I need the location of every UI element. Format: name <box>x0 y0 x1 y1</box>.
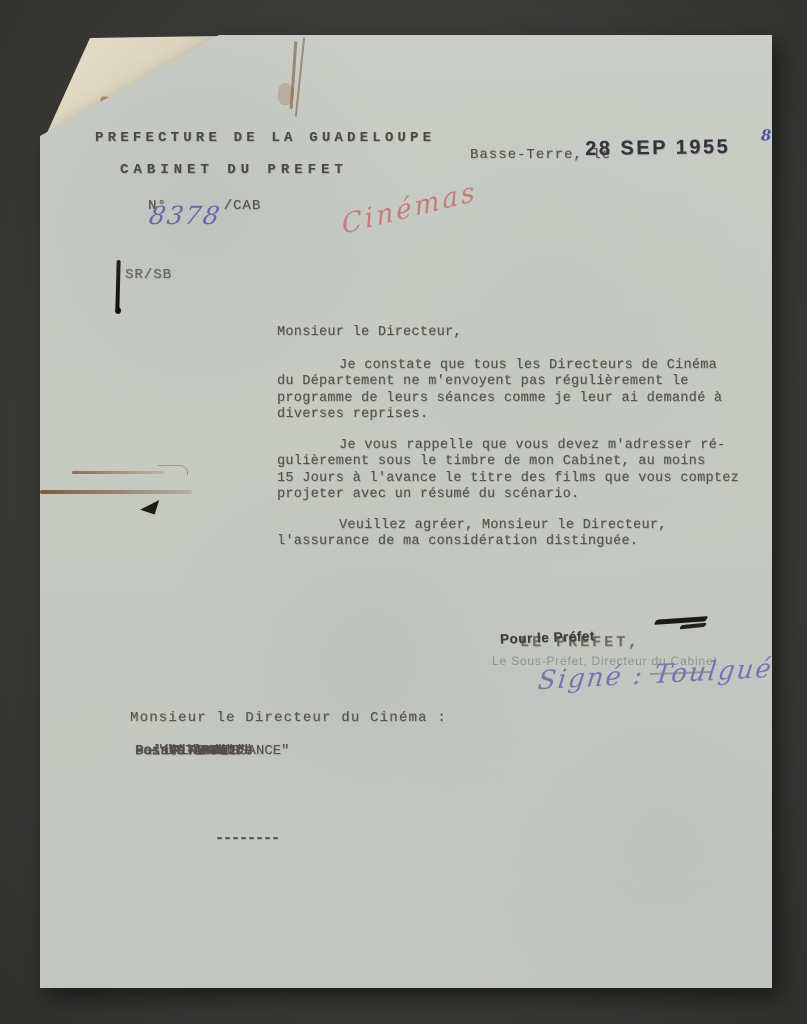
body-line: diverses reprises. <box>277 407 747 424</box>
rust-stain-paperclip <box>158 465 188 475</box>
body-line: projeter avec un résumé du scénario. <box>277 487 747 504</box>
body-line: Je constate que tous les Directeurs de C… <box>277 358 747 375</box>
signature-block: LE PREFET, Pour le Préfet Le Sous-Préfet… <box>480 610 770 730</box>
date-stamp-text: 28 SEP 1955 <box>585 136 730 161</box>
ref-suffix: /CAB <box>224 198 262 214</box>
letter-paper: PREFECTURE DE LA GUADELOUPE CABINET DU P… <box>40 35 772 988</box>
ref-number-handwritten: 8378 <box>147 201 224 230</box>
typist-initials: SR/SB <box>125 267 172 283</box>
reference-number: N°8378/CAB <box>148 198 224 227</box>
body-line: 15 Jours à l'avance le titre des films q… <box>277 471 747 488</box>
rust-stain-top <box>278 83 294 105</box>
body-line: Veuillez agréer, Monsieur le Directeur, <box>277 518 747 535</box>
end-of-letter-dashes: -------- <box>215 830 279 847</box>
body-line: l'assurance de ma considération distingu… <box>277 534 747 551</box>
letterhead-line1: PREFECTURE DE LA GUADELOUPE <box>95 130 435 146</box>
letterhead-line2: CABINET DU PREFET <box>120 162 348 178</box>
ink-blot <box>139 500 160 516</box>
scanned-letter-scene: PREFECTURE DE LA GUADELOUPE CABINET DU P… <box>0 0 807 1024</box>
paragraph-1: Je constate que tous les Directeurs de C… <box>277 358 747 424</box>
subject-handwritten: Cinémas <box>340 176 478 241</box>
rust-stain-paperclip <box>40 490 192 494</box>
body-line: du Département ne m'envoyent pas réguliè… <box>277 374 747 391</box>
rust-stain-paperclip <box>72 471 164 474</box>
letter-body: Monsieur le Directeur, Je constate que t… <box>277 325 747 595</box>
date-correction-handwritten: 8 <box>761 126 774 144</box>
recipients-heading: Monsieur le Directeur du Cinéma : <box>130 710 447 726</box>
body-line: Je vous rappelle que vous devez m'adress… <box>277 438 747 455</box>
body-line: programme de leurs séances comme je leur… <box>277 391 747 408</box>
paragraph-2: Je vous rappelle que vous devez m'adress… <box>277 438 747 504</box>
cinema-city: Basse-Terre <box>135 742 227 762</box>
recipients-list: "LA RENAISSANCE"-Pointe-à-Pitre "D'ARBAU… <box>135 742 555 862</box>
pen-mark <box>115 307 121 314</box>
paragraph-3: Veuillez agréer, Monsieur le Directeur, … <box>277 518 747 551</box>
rust-stain-top <box>295 37 305 117</box>
body-line: gulièrement sous le timbre de mon Cabine… <box>277 454 747 471</box>
paper-shadow: PREFECTURE DE LA GUADELOUPE CABINET DU P… <box>40 35 772 988</box>
ink-smudge <box>679 623 707 630</box>
pen-mark <box>115 260 120 310</box>
salutation: Monsieur le Directeur, <box>277 325 747 342</box>
